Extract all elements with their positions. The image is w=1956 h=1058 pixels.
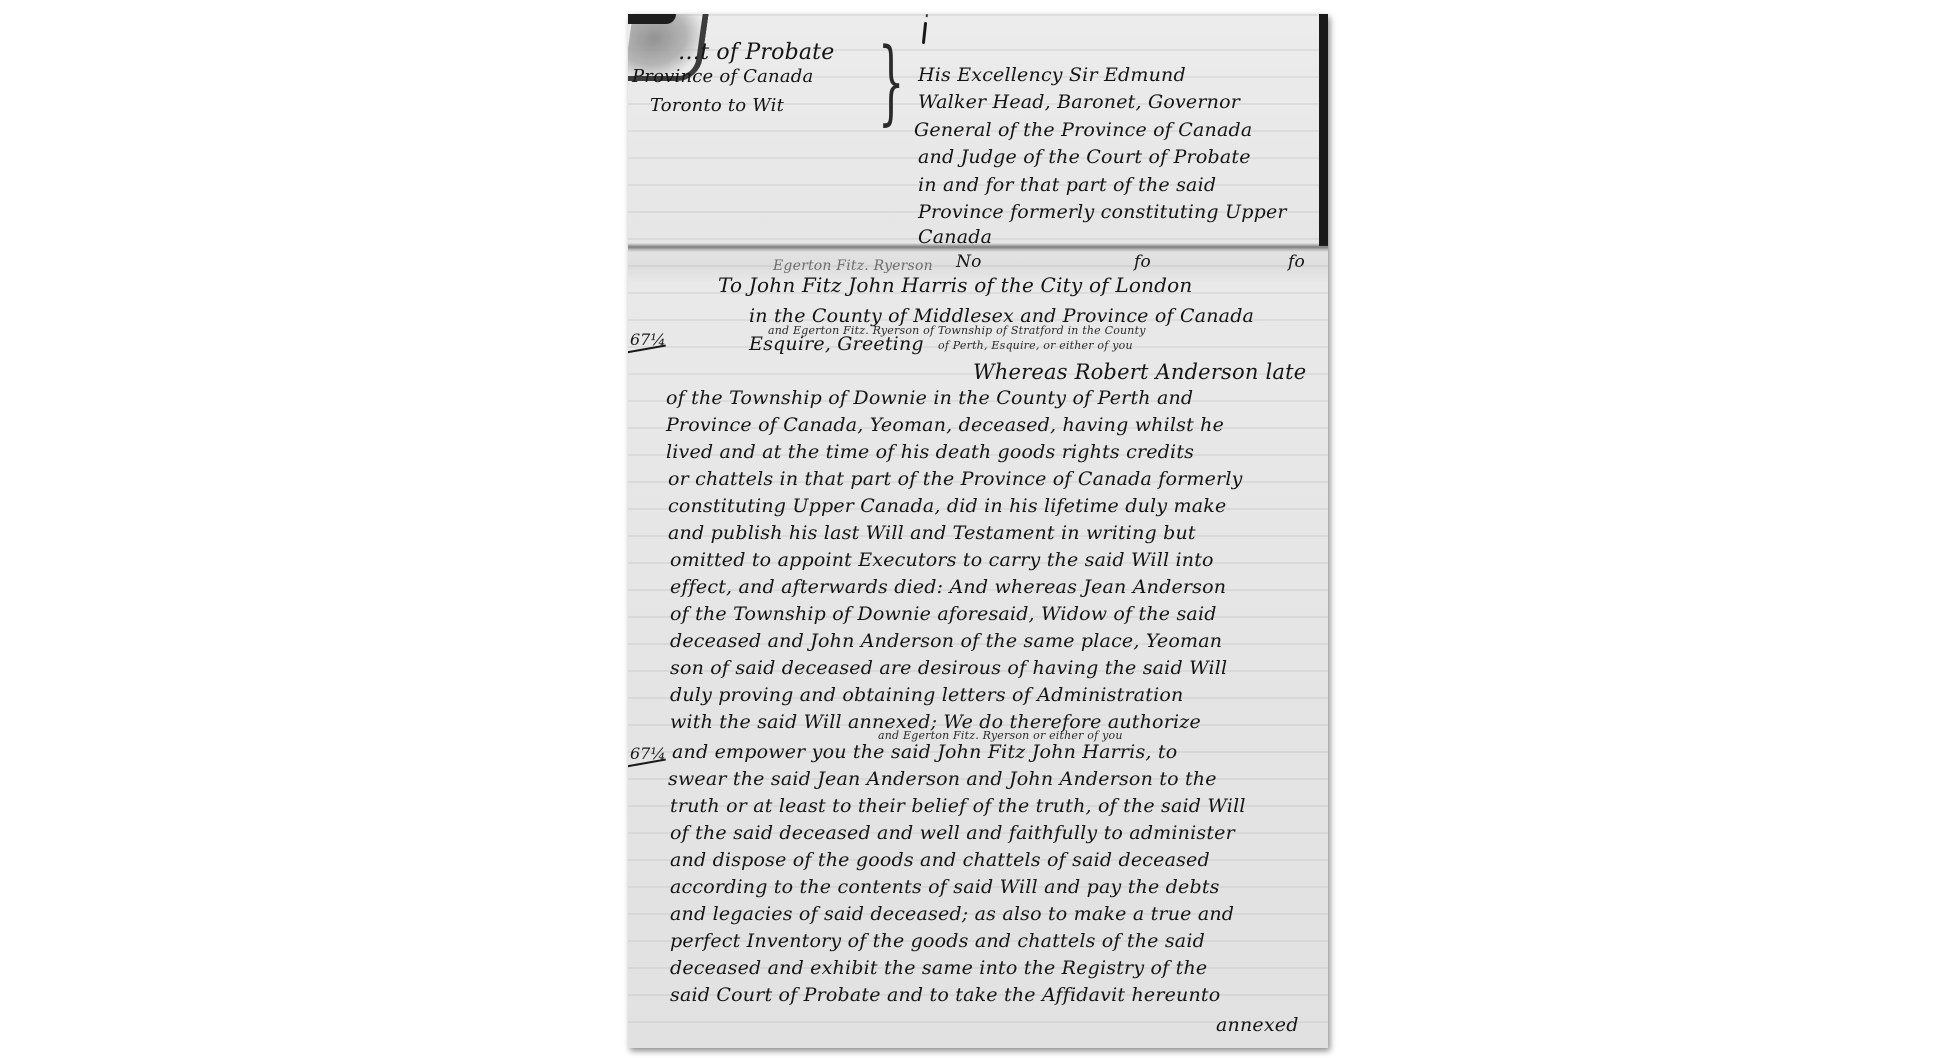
margin-note-1: 67¼ <box>630 330 666 349</box>
caption-left-2: Province of Canada <box>632 65 813 89</box>
body-line-5: constituting Upper Canada, did in his li… <box>668 494 1226 518</box>
address-line-3: Esquire, Greeting <box>749 332 924 356</box>
body-line-3: lived and at the time of his death goods… <box>666 440 1194 464</box>
fee-mark-1: fo <box>1134 250 1151 274</box>
body-line-10: deceased and John Anderson of the same p… <box>670 629 1222 653</box>
body-line-9: of the Township of Downie aforesaid, Wid… <box>670 602 1217 626</box>
closing-word: annexed <box>1216 1013 1299 1037</box>
ink-blot <box>628 14 676 24</box>
body-line-20: and legacies of said deceased; as also t… <box>670 902 1234 926</box>
body-line-23: said Court of Probate and to take the Af… <box>670 983 1220 1007</box>
body-line-6: and publish his last Will and Testament … <box>668 521 1196 545</box>
caption-right-7: Canada <box>918 225 992 249</box>
body-line-12: duly proving and obtaining letters of Ad… <box>670 683 1183 707</box>
body-line-19: according to the contents of said Will a… <box>670 875 1220 899</box>
body-line-17: of the said deceased and well and faithf… <box>670 821 1235 845</box>
document-page: …t of Probate Province of Canada Toronto… <box>628 14 1328 1048</box>
body-line-1: of the Township of Downie in the County … <box>666 386 1193 410</box>
body-line-14: and empower you the said John Fitz John … <box>672 740 1177 764</box>
fee-mark-no: No <box>956 250 982 274</box>
caption-left-1: …t of Probate <box>678 41 834 65</box>
caption-right-2: Walker Head, Baronet, Governor <box>918 90 1240 114</box>
caption-right-1: His Excellency Sir Edmund <box>918 63 1186 87</box>
body-line-11: son of said deceased are desirous of hav… <box>670 656 1227 680</box>
body-line-16: truth or at least to their belief of the… <box>670 794 1246 818</box>
body-line-7: omitted to appoint Executors to carry th… <box>670 548 1214 572</box>
caption-left-3: Toronto to Wit <box>650 94 784 118</box>
caption-right-3: General of the Province of Canada <box>914 118 1252 142</box>
fee-mark-2: fo <box>1288 250 1305 274</box>
address-interline-b: of Perth, Esquire, or either of you <box>938 340 1133 352</box>
margin-note-2: 67¼ <box>630 744 666 763</box>
body-line-21: perfect Inventory of the goods and chatt… <box>670 929 1205 953</box>
caption-right-4: and Judge of the Court of Probate <box>918 145 1251 169</box>
address-line-1: To John Fitz John Harris of the City of … <box>718 273 1192 297</box>
caption-right-5: in and for that part of the said <box>918 173 1216 197</box>
page-edge-shadow <box>1319 14 1328 246</box>
body-line-18: and dispose of the goods and chattels of… <box>670 848 1210 872</box>
body-line-15: swear the said Jean Anderson and John An… <box>668 767 1217 791</box>
body-line-2: Province of Canada, Yeoman, deceased, ha… <box>666 413 1224 437</box>
body-line-4: or chattels in that part of the Province… <box>668 467 1243 491</box>
body-line-8: effect, and afterwards died: And whereas… <box>670 575 1226 599</box>
brace-icon: } <box>878 36 904 128</box>
caption-right-6: Province formerly constituting Upper <box>918 200 1287 224</box>
body-line-22: deceased and exhibit the same into the R… <box>670 956 1207 980</box>
whereas-line: Whereas Robert Anderson late <box>973 360 1306 384</box>
